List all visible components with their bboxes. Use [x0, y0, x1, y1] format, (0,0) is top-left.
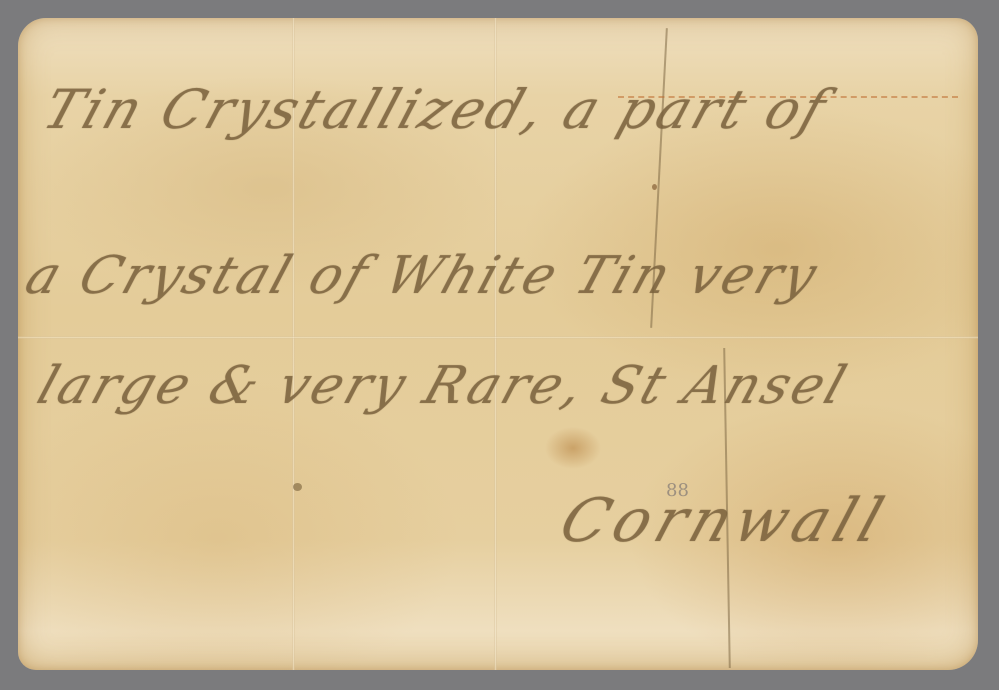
handwritten-line-1: Tin Crystallized, a part of — [36, 78, 836, 141]
pencil-annotation: 88 — [666, 480, 689, 501]
fold-line — [18, 336, 978, 339]
ink-spot — [652, 184, 657, 190]
paper-label: Tin Crystallized, a part of a Crystal of… — [18, 18, 978, 670]
handwritten-line-3: large & very Rare, St Ansel — [30, 356, 856, 416]
handwritten-line-2: a Crystal of White Tin very — [18, 246, 826, 306]
ink-spot — [293, 483, 302, 491]
handwritten-line-4: Cornwall — [552, 486, 898, 556]
viewer-background: Tin Crystallized, a part of a Crystal of… — [0, 0, 999, 690]
